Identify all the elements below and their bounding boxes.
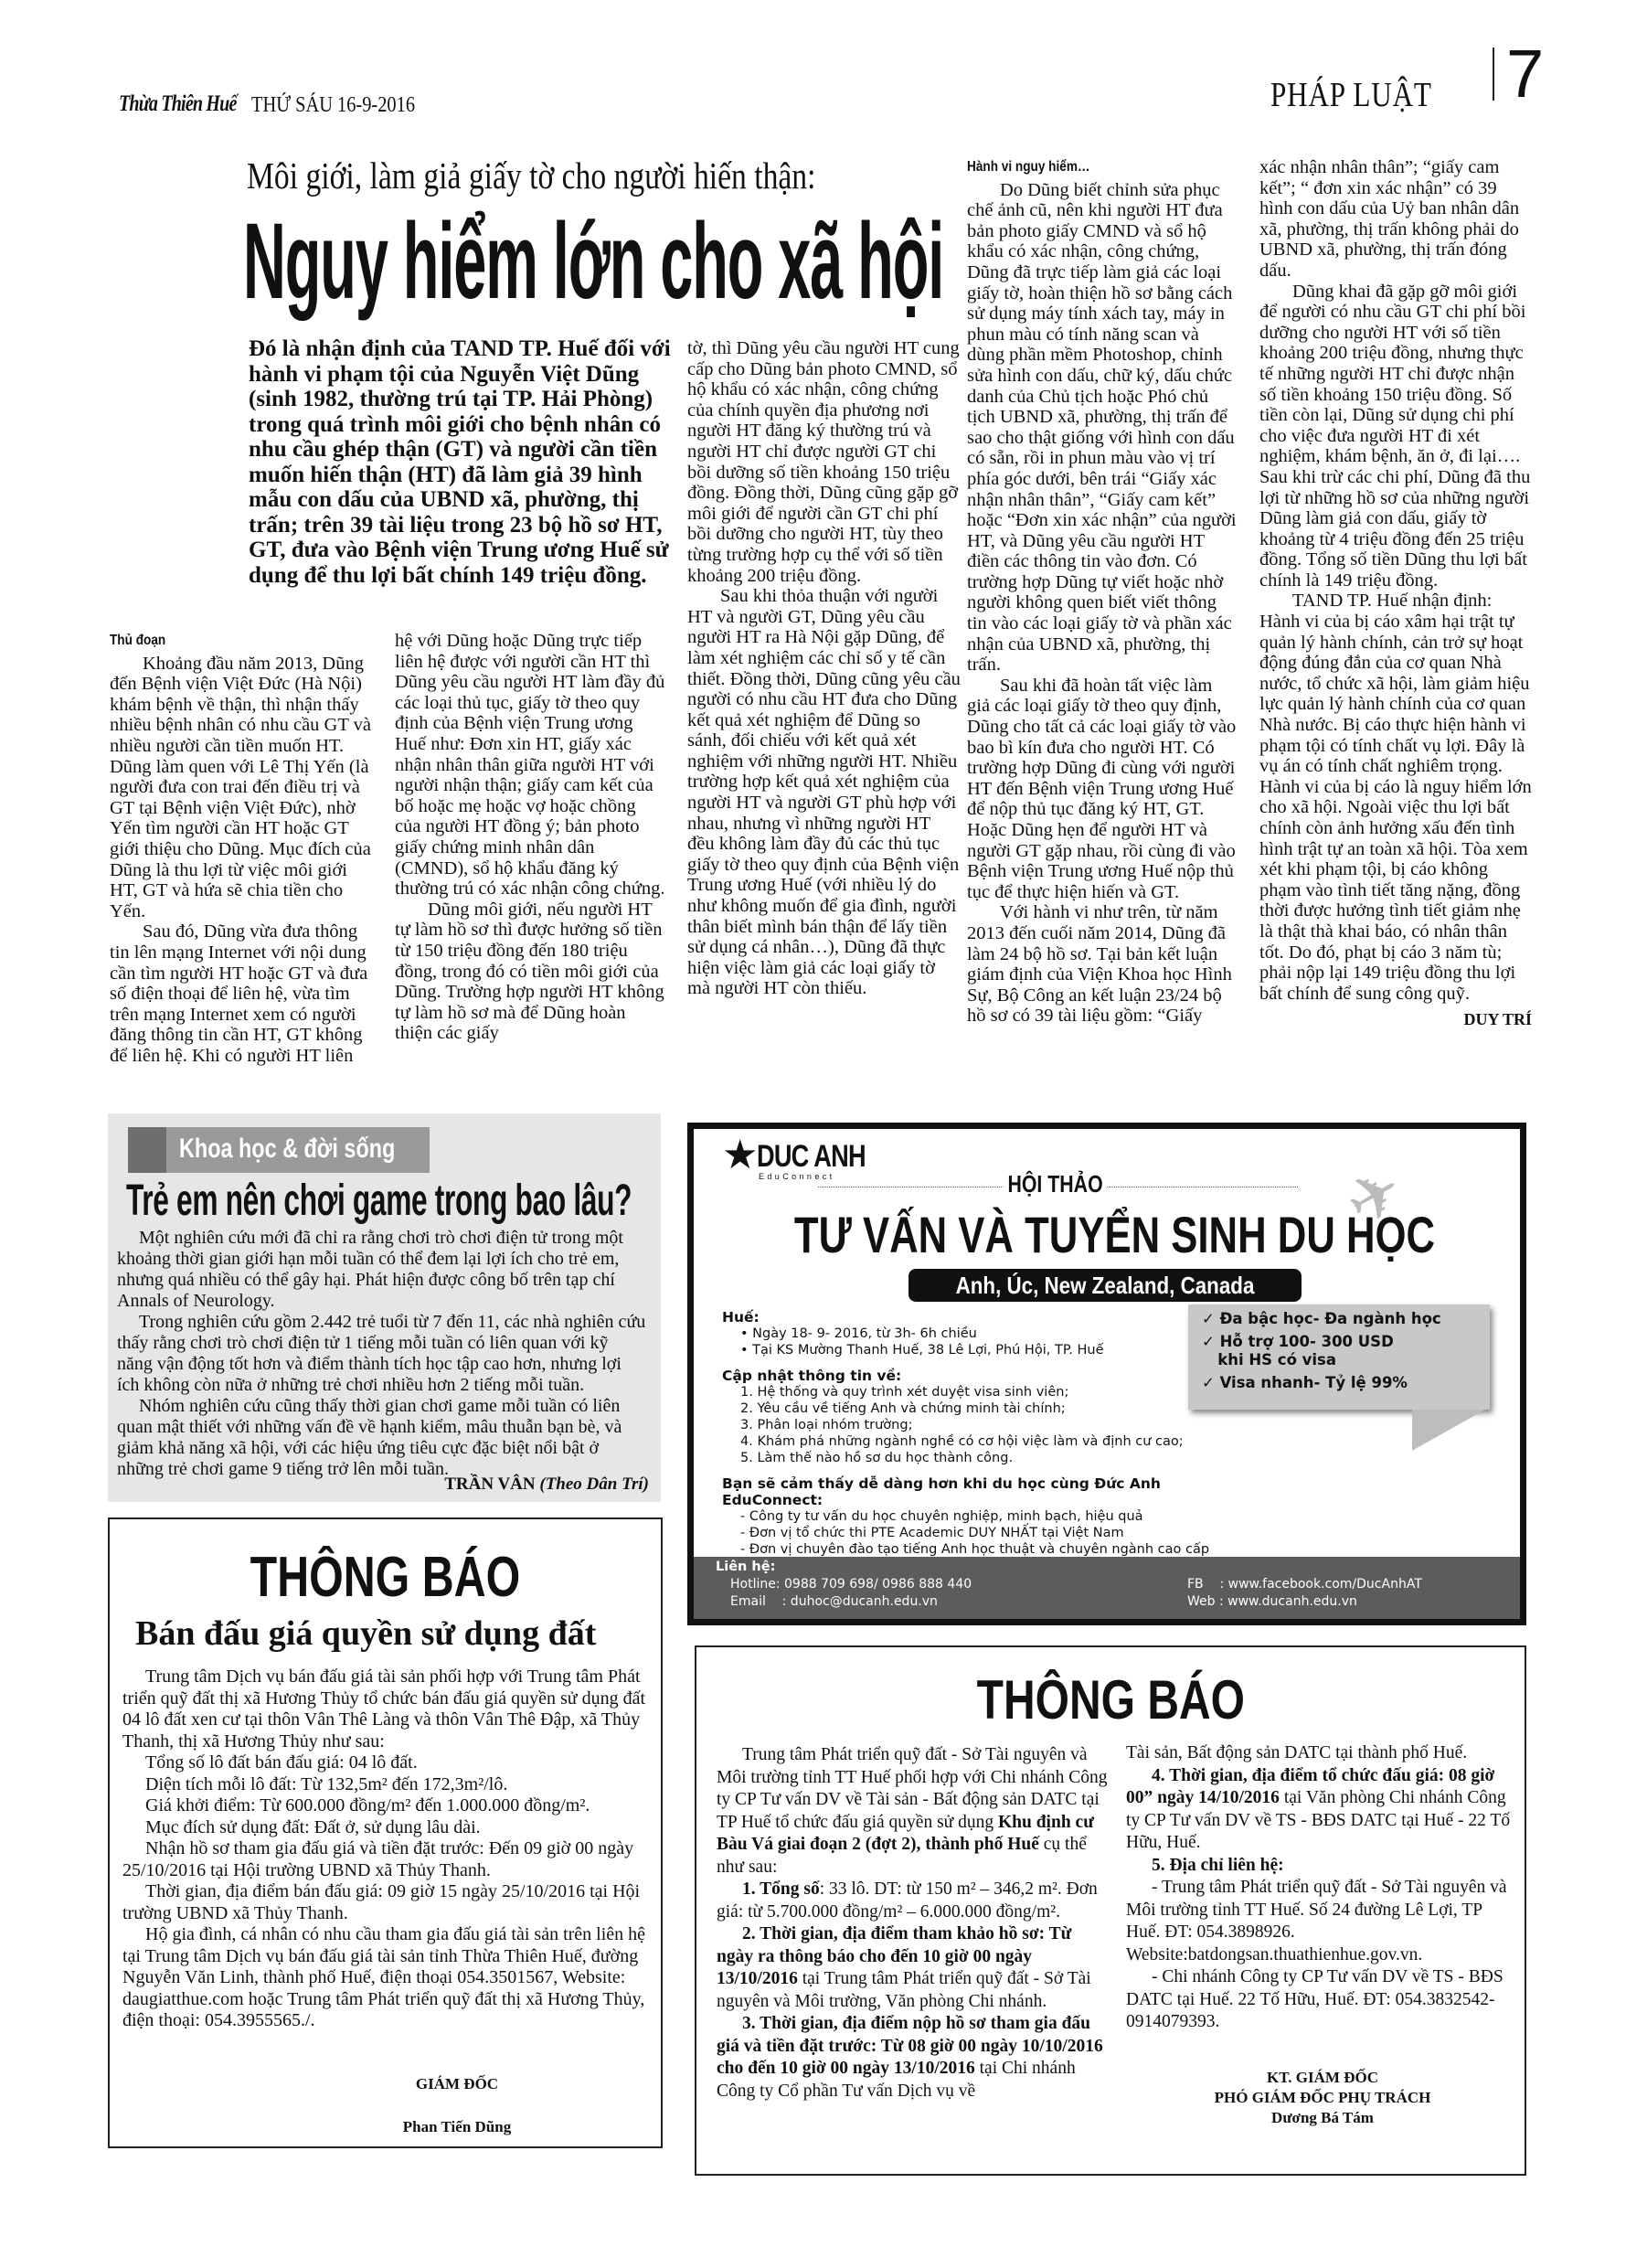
event-label: HỘI THẢO (900, 1170, 1211, 1198)
subheading-hanh-vi-nguy-hiem: Hành vi nguy hiểm… (967, 157, 1197, 178)
science-tab-accent (128, 1127, 166, 1173)
subheading-thu-doan: Thủ đoạn (110, 631, 340, 652)
benefit-item: - Công ty tư vấn du học chuyên nghiệp, m… (722, 1508, 1234, 1525)
issue-date: THỨ SÁU 16-9-2016 (251, 93, 415, 118)
article-lead: Đó là nhận định của TAND TP. Huế đối với… (249, 336, 673, 588)
hotline: Hotline: 0988 709 698/ 0986 888 440 (730, 1577, 972, 1592)
page-number: 7 (1506, 40, 1544, 108)
notice-column-1: Trung tâm Phát triển quỹ đất - Sở Tài ng… (717, 1744, 1110, 2103)
header-divider (1493, 48, 1494, 101)
science-section-label: Khoa học & đời sống (179, 1134, 395, 1165)
paragraph: 1. Tổng số: 33 lô. DT: từ 150 m² – 346,2… (717, 1879, 1110, 1923)
ad-title: TƯ VẤN VÀ TUYỂN SINH DU HỌC (704, 1205, 1508, 1264)
paragraph: Sau khi đã hoàn tất việc làm giả các loạ… (967, 676, 1238, 903)
article-headline: Nguy hiểm lớn cho xã hội (243, 206, 943, 319)
paragraph: Khoảng đầu năm 2013, Dũng đến Bệnh viện … (110, 654, 380, 922)
paragraph: 2. Thời gian, địa điểm tham khảo hồ sơ: … (717, 1923, 1110, 2013)
paragraph: Tổng số lô đất bán đấu giá: 04 lô đất. (122, 1752, 648, 1774)
callout-tail (1412, 1410, 1485, 1451)
callout-item: khi HS có visa (1202, 1351, 1494, 1369)
article-column-3: Hành vi nguy hiểm… Do Dũng biết chỉnh sử… (967, 157, 1238, 1027)
credit-source: (Theo Dân Trí) (539, 1475, 649, 1494)
signer-line-2: PHÓ GIÁM ĐỐC PHỤ TRÁCH (1126, 2088, 1519, 2108)
paragraph: - Trung tâm Phát triển quỹ đất - Sở Tài … (1126, 1877, 1519, 1966)
topics-heading: Cập nhật thông tin về: (722, 1368, 1234, 1384)
location-heading: Huế: (722, 1309, 1234, 1326)
signer-line-1: KT. GIÁM ĐỐC (1126, 2068, 1519, 2088)
title-text: THÔNG BÁO (250, 1545, 521, 1610)
email: Email : duhoc@ducanh.edu.vn (730, 1594, 938, 1609)
title-text: THÔNG BÁO (976, 1668, 1244, 1731)
callout-list: ✓ Đa bậc học- Đa ngành học ✓ Hỗ trợ 100-… (1202, 1310, 1494, 1397)
paragraph: Một nghiên cứu mới đã chỉ ra rằng chơi t… (117, 1228, 647, 1312)
location-item: • Tại KS Mường Thanh Huế, 38 Lê Lợi, Phú… (722, 1342, 1234, 1358)
science-body: Một nghiên cứu mới đã chỉ ra rằng chơi t… (117, 1228, 647, 1480)
paragraph: Hộ gia đình, cá nhân có nhu cầu tham gia… (122, 1924, 648, 2032)
bold-text: 1. Tổng số (742, 1879, 820, 1899)
benefit-item: - Đơn vị tổ chức thi PTE Academic DUY NH… (722, 1525, 1234, 1541)
benefit-item: - Đơn vị chuyên đào tạo tiếng Anh học th… (722, 1541, 1234, 1558)
paragraph: Trung tâm Phát triển quỹ đất - Sở Tài ng… (717, 1744, 1110, 1879)
website: Web : www.ducanh.edu.vn (1187, 1594, 1357, 1609)
ad-contact-bar: Liên hệ: Hotline: 0988 709 698/ 0986 888… (694, 1557, 1520, 1619)
callout-item: ✓ Đa bậc học- Đa ngành học (1202, 1310, 1494, 1328)
paragraph: Tài sản, Bất động sản DATC tại thành phố… (1126, 1742, 1519, 1765)
newspaper-masthead: Thừa Thiên Huế (119, 91, 237, 117)
signer-name: Dương Bá Tám (1126, 2108, 1519, 2128)
paragraph: Diện tích mỗi lô đất: Từ 132,5m² đến 172… (122, 1774, 648, 1796)
auction-notice-body: Trung tâm Dịch vụ bán đấu giá tài sản ph… (122, 1666, 648, 2032)
topic-item: 4. Khám phá những ngành nghề có cơ hội v… (722, 1433, 1234, 1450)
signer-name: Phan Tiến Dũng (265, 2118, 649, 2136)
paragraph: Sau khi thỏa thuận với người HT và người… (687, 586, 962, 999)
paragraph: - Chi nhánh Công ty CP Tư vấn DV về TS -… (1126, 1966, 1519, 2034)
auction-notice-subtitle: Bán đấu giá quyền sử dụng đất (135, 1613, 596, 1654)
section-name: PHÁP LUẬT (1270, 75, 1432, 115)
paragraph: Thời gian, địa điểm bán đấu giá: 09 giờ … (122, 1881, 648, 1924)
paragraph: 3. Thời gian, địa điểm nộp hồ sơ tham gi… (717, 2013, 1110, 2103)
bold-text: 5. Địa chỉ liên hệ: (1152, 1856, 1284, 1875)
paragraph: Nhóm nghiên cứu cũng thấy thời gian chơi… (117, 1396, 647, 1480)
land-auction-notice-title: THÔNG BÁO (695, 1668, 1526, 1731)
paragraph: TAND TP. Huế nhận định: Hành vi của bị c… (1259, 591, 1532, 1004)
paragraph: Do Dũng biết chỉnh sửa phục chế ảnh cũ, … (967, 180, 1238, 676)
location-item: • Ngày 18- 9- 2016, từ 3h- 6h chiều (722, 1326, 1234, 1342)
topic-item: 1. Hệ thống và quy trình xét duyệt visa … (722, 1384, 1234, 1400)
notice-column-2: Tài sản, Bất động sản DATC tại thành phố… (1126, 1742, 1519, 2034)
topic-item: 3. Phân loại nhóm trường; (722, 1417, 1234, 1433)
credit-author: TRẦN VÂN (444, 1475, 535, 1494)
callout-item: ✓ Hỗ trợ 100- 300 USD (1202, 1333, 1494, 1351)
paragraph: Nhận hồ sơ tham gia đấu giá và tiền đặt … (122, 1838, 648, 1881)
star-logo-icon: ★ (722, 1135, 758, 1176)
article-kicker: Môi giới, làm giả giấy tờ cho người hiến… (247, 154, 815, 197)
topic-item: 5. Làm thế nào hồ sơ du học thành công. (722, 1450, 1234, 1466)
signer-title: GIÁM ĐỐC (265, 2075, 649, 2093)
paragraph: hệ với Dũng hoặc Dũng trực tiếp liên hệ … (395, 631, 665, 900)
event-label-text: HỘI THẢO (1004, 1170, 1108, 1198)
topic-item: 2. Yêu cầu về tiếng Anh và chứng minh tà… (722, 1400, 1234, 1417)
paragraph: Mục đích sử dụng đất: Đất ở, sử dụng lâu… (122, 1817, 648, 1839)
paragraph: Sau đó, Dũng vừa đưa thông tin lên mạng … (110, 921, 380, 1066)
paragraph: tờ, thì Dũng yêu cầu người HT cung cấp c… (687, 338, 962, 586)
article-column-1: Thủ đoạn Khoảng đầu năm 2013, Dũng đến B… (110, 631, 380, 1066)
ad-title-text: TƯ VẤN VÀ TUYỂN SINH DU HỌC (794, 1205, 1435, 1264)
paragraph: Với hành vi như trên, từ năm 2013 đến cu… (967, 902, 1238, 1027)
paragraph: Dũng môi giới, nếu người HT tự làm hồ sơ… (395, 900, 665, 1044)
article-column-4: xác nhận nhân thân”; “giấy cam kết”; “ đ… (1259, 157, 1532, 1030)
countries-text: Anh, Úc, New Zealand, Canada (956, 1269, 1255, 1302)
auction-notice-title: THÔNG BÁO (108, 1545, 663, 1610)
contact-heading: Liên hệ: (716, 1560, 775, 1574)
article-lead-column-2: tờ, thì Dũng yêu cầu người HT cung cấp c… (687, 338, 962, 999)
science-credit: TRẦN VÂN (Theo Dân Trí) (366, 1475, 649, 1495)
duc-anh-logo: ★ DUC ANH EduConnect (722, 1141, 893, 1181)
ad-details: Huế: • Ngày 18- 9- 2016, từ 3h- 6h chiều… (722, 1309, 1234, 1558)
paragraph: Trong nghiên cứu gồm 2.442 trẻ tuổi từ 7… (117, 1312, 647, 1396)
paragraph: xác nhận nhân thân”; “giấy cam kết”; “ đ… (1259, 157, 1532, 282)
countries-banner: Anh, Úc, New Zealand, Canada (909, 1269, 1302, 1302)
paragraph: Trung tâm Dịch vụ bán đấu giá tài sản ph… (122, 1666, 648, 1752)
paragraph: Dũng khai đã gặp gỡ môi giới để người có… (1259, 282, 1532, 591)
paragraph: 4. Thời gian, địa điểm tổ chức đấu giá: … (1126, 1765, 1519, 1855)
article-byline: DUY TRÍ (1259, 1009, 1532, 1030)
paragraph: Giá khởi điểm: Từ 600.000 đồng/m² đến 1.… (122, 1795, 648, 1817)
science-title: Trẻ em nên chơi game trong bao lâu? (126, 1176, 632, 1226)
paragraph: 5. Địa chỉ liên hệ: (1126, 1855, 1519, 1878)
logo-name: DUC ANH (757, 1141, 866, 1172)
notice-signature: KT. GIÁM ĐỐC PHÓ GIÁM ĐỐC PHỤ TRÁCH Dươn… (1126, 2068, 1519, 2128)
article-column-2: hệ với Dũng hoặc Dũng trực tiếp liên hệ … (395, 631, 665, 1044)
callout-item: ✓ Visa nhanh- Tỷ lệ 99% (1202, 1374, 1494, 1392)
benefits-heading: Bạn sẽ cảm thấy dễ dàng hơn khi du học c… (722, 1475, 1234, 1508)
facebook: FB : www.facebook.com/DucAnhAT (1187, 1577, 1422, 1592)
